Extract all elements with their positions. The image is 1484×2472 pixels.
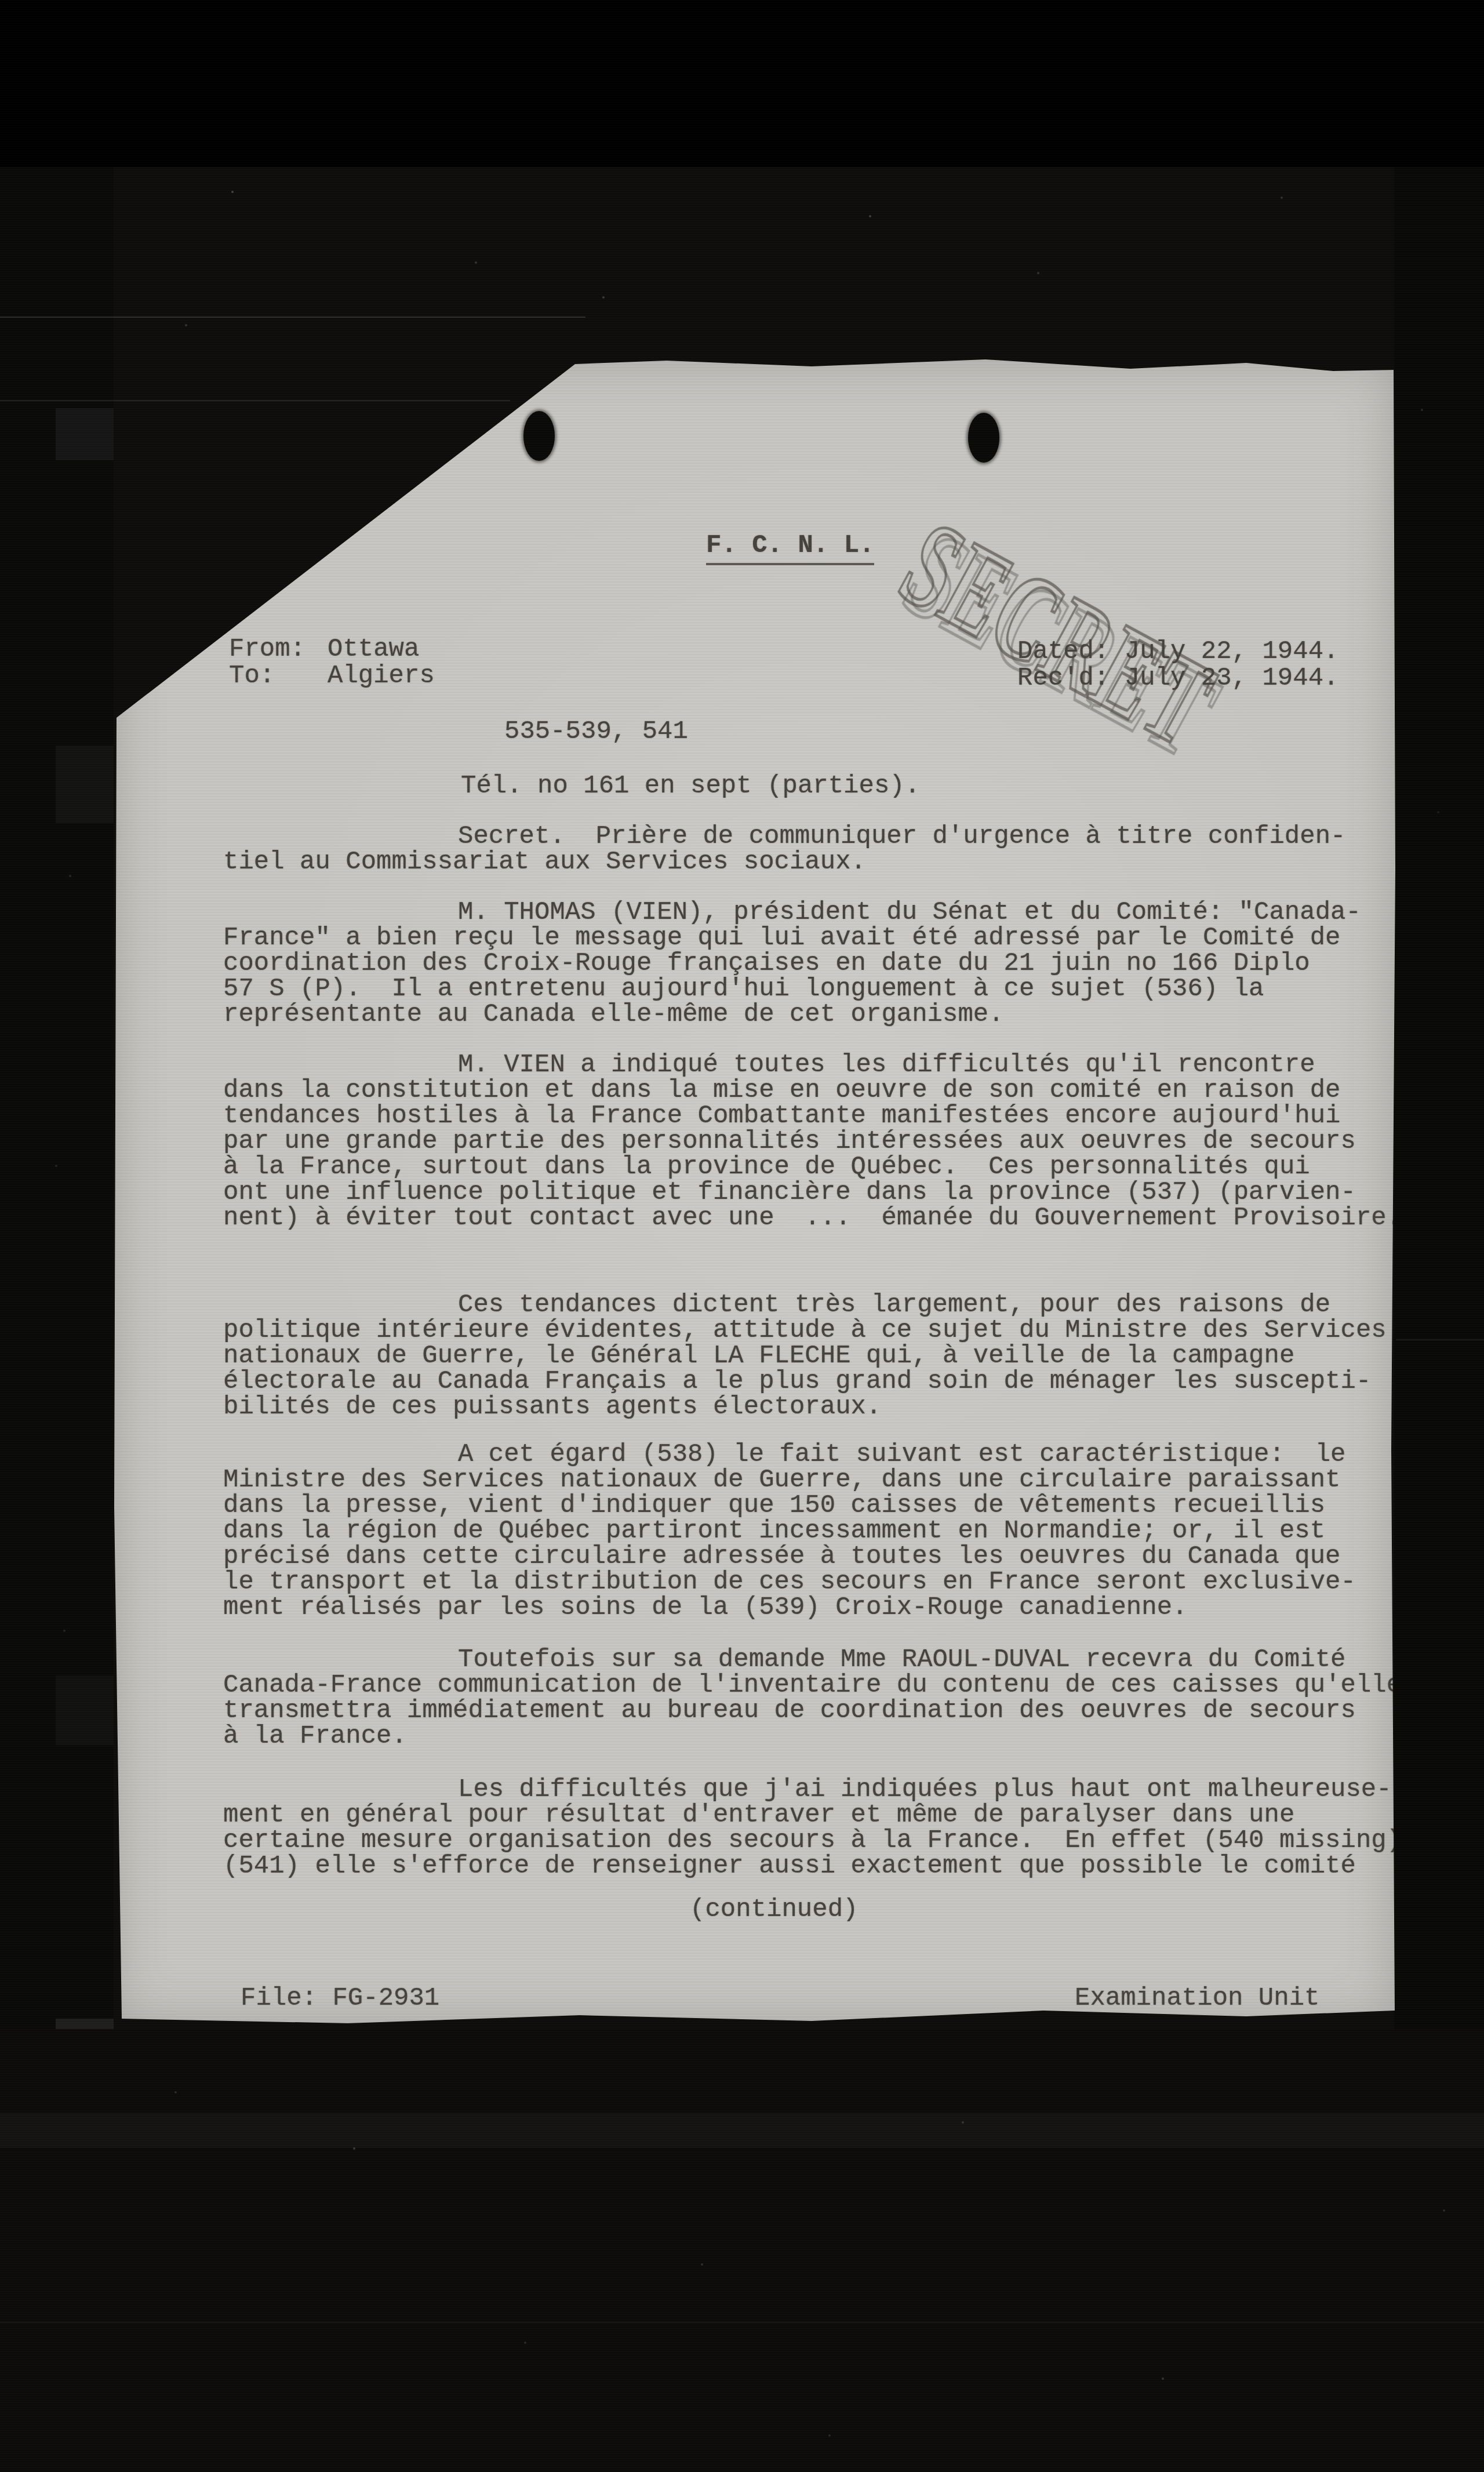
to-label: To: bbox=[229, 663, 275, 689]
punch-hole-left bbox=[523, 411, 555, 461]
paragraph: Toutefois sur sa demande Mme RAOUL-DUVAL… bbox=[223, 1647, 1417, 1749]
paragraph: Secret. Prière de communiquer d'urgence … bbox=[223, 824, 1417, 875]
document-page: F. C. N. L. SECRET SECRET From: Ottawa T… bbox=[113, 358, 1395, 2025]
from-value: Ottawa bbox=[328, 637, 419, 662]
film-artifact bbox=[56, 746, 114, 823]
to-value: Algiers bbox=[328, 663, 435, 689]
from-label: From: bbox=[229, 637, 305, 662]
microfilm-scan: F. C. N. L. SECRET SECRET From: Ottawa T… bbox=[0, 0, 1484, 2472]
film-artifact bbox=[56, 408, 114, 460]
film-artifact bbox=[56, 1675, 114, 1745]
paragraph: A cet égard (538) le fait suivant est ca… bbox=[223, 1442, 1417, 1620]
examination-unit: Examination Unit bbox=[1075, 1986, 1319, 2011]
continued-note: (continued) bbox=[690, 1897, 858, 1922]
film-area-bottom bbox=[0, 2029, 1484, 2472]
file-number: File: FG-2931 bbox=[241, 1986, 439, 2011]
film-dust-specks bbox=[0, 0, 1, 1]
telegram-line: Tél. no 161 en sept (parties). bbox=[461, 773, 920, 799]
punch-hole-right bbox=[968, 413, 999, 463]
film-area-top bbox=[0, 0, 1484, 167]
paragraph: M. VIEN a indiqué toutes les difficultés… bbox=[223, 1052, 1417, 1231]
paragraph: Ces tendances dictent très largement, po… bbox=[223, 1292, 1417, 1420]
paragraph: Les difficultés que j'ai indiquées plus … bbox=[223, 1777, 1417, 1879]
dated-line: Dated: July 22, 1944. bbox=[1017, 639, 1339, 664]
paragraph: M. THOMAS (VIEN), président du Sénat et … bbox=[223, 900, 1417, 1027]
received-line: Rec'd: July 23, 1944. bbox=[1017, 666, 1339, 691]
letterhead-fcnl: F. C. N. L. bbox=[706, 531, 874, 565]
secret-stamp-text: SECRET bbox=[881, 495, 1235, 773]
reference-numbers: 535-539, 541 bbox=[504, 719, 688, 744]
